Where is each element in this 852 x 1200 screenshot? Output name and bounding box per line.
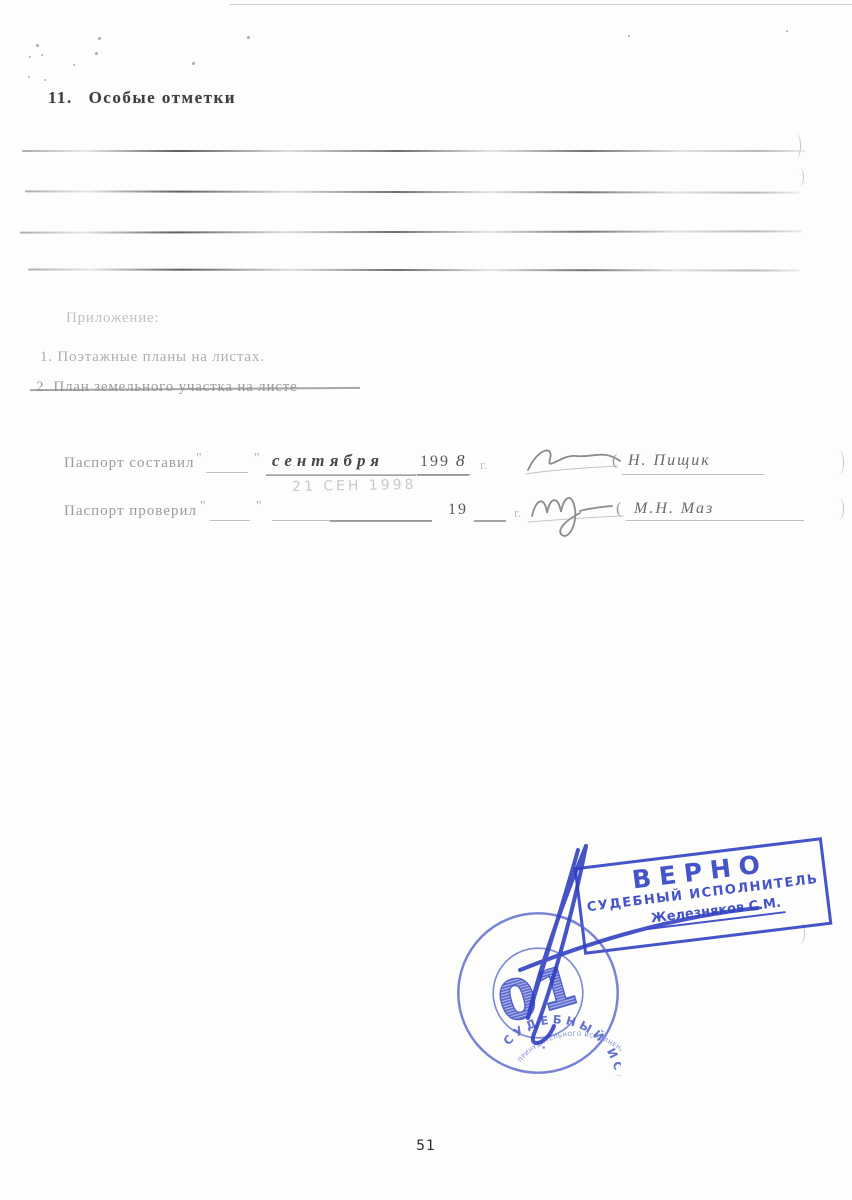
scan-speck <box>247 36 250 39</box>
year-underline <box>417 474 469 476</box>
blank-day-line <box>210 520 250 521</box>
scan-artifact-curve <box>796 168 804 186</box>
name-underline <box>622 474 764 475</box>
page-number: 51 <box>0 1138 852 1154</box>
scan-speck <box>95 52 98 55</box>
year-printed: 199 <box>420 453 450 471</box>
blank-ruled-line <box>20 230 802 233</box>
attachment-title: Приложение: <box>66 310 159 327</box>
scan-speck <box>29 56 31 58</box>
scan-artifact-curve <box>836 450 844 474</box>
compiled-label: Паспорт составил <box>64 455 194 472</box>
scan-edge-line <box>230 4 852 5</box>
blank-ruled-line <box>22 150 806 152</box>
scan-speck <box>44 79 46 81</box>
scan-speck <box>41 54 43 56</box>
name-underline <box>626 520 804 521</box>
faint-date-stamp: 21 СЕН 1998 <box>292 477 417 495</box>
close-quote: " <box>254 451 260 467</box>
scan-speck <box>192 62 195 65</box>
section-heading: 11. Особые отметки <box>48 88 236 108</box>
year-suffix: г. <box>480 457 487 473</box>
blank-month-line-dark <box>330 520 432 522</box>
open-quote: " <box>200 499 206 515</box>
blank-ruled-line <box>25 190 800 193</box>
close-quote: " <box>256 499 262 515</box>
scan-speck <box>28 76 30 78</box>
checked-label: Паспорт проверил <box>64 503 197 520</box>
section-number: 11. <box>48 88 73 107</box>
section-title: Особые отметки <box>89 88 237 107</box>
scan-artifact-curve <box>793 134 801 158</box>
scan-speck <box>98 37 101 40</box>
blank-day-line <box>206 472 248 473</box>
scan-speck <box>786 30 788 32</box>
open-paren: ( <box>616 500 621 518</box>
open-quote: " <box>196 451 202 467</box>
blank-ruled-line <box>28 268 800 271</box>
scan-speck <box>73 64 75 66</box>
scanned-document-page: { "heading": { "number": "11.", "title":… <box>0 0 852 1200</box>
handwritten-month: сентября <box>272 451 384 471</box>
open-paren: ( <box>612 452 617 470</box>
year-blank-line <box>474 520 506 522</box>
executor-signature-scribble <box>490 838 790 1053</box>
checked-name-handwritten: М.Н. Маз <box>634 500 714 518</box>
scan-artifact-curve <box>836 498 844 520</box>
year-printed: 19 <box>448 501 468 519</box>
scan-speck <box>628 35 630 37</box>
year-handwritten-digit: 8 <box>456 451 465 471</box>
attachment-item-1: 1. Поэтажные планы на листах. <box>40 349 265 366</box>
compiled-name-handwritten: Н. Пищик <box>628 452 711 470</box>
scan-speck <box>36 44 39 47</box>
checked-signature-scribble <box>520 480 640 542</box>
